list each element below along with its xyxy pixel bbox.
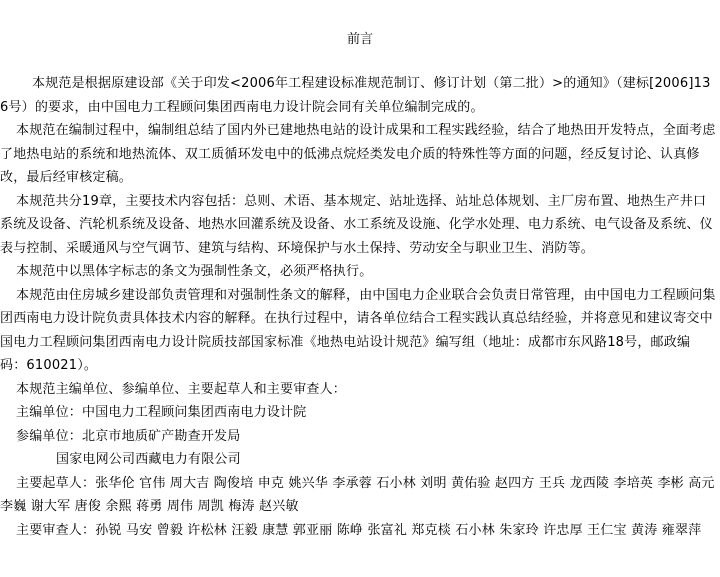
chief-editor-unit: 主编单位：中国电力工程顾问集团西南电力设计院	[0, 401, 716, 425]
participating-units-label: 参编单位：	[16, 429, 82, 444]
document-body: 本规范是根据原建设部《关于印发<2006年工程建设标准规范制订、修订计划（第二批…	[0, 72, 716, 542]
chief-editor-unit-label: 主编单位：	[16, 405, 82, 420]
document-page: 前言 本规范是根据原建设部《关于印发<2006年工程建设标准规范制订、修订计划（…	[0, 0, 720, 577]
paragraph-basis: 本规范是根据原建设部《关于印发<2006年工程建设标准规范制订、修订计划（第二批…	[0, 72, 716, 119]
participating-unit-2-line: 国家电网公司西藏电力有限公司	[0, 448, 716, 472]
paragraph-mandatory-clauses: 本规范中以黑体字标志的条文为强制性条文，必须严格执行。	[0, 260, 716, 284]
main-reviewers: 主要审查人：孙锐 马安 曾毅 许松林 汪毅 康慧 郭亚丽 陈峥 张富礼 郑克棪 …	[0, 519, 716, 543]
chief-editor-unit-value: 中国电力工程顾问集团西南电力设计院	[82, 405, 306, 420]
main-drafters-label: 主要起草人：	[16, 476, 95, 491]
main-reviewers-names: 孙锐 马安 曾毅 许松林 汪毅 康慧 郭亚丽 陈峥 张富礼 郑克棪 石小林 朱家…	[95, 523, 701, 538]
document-title: 前言	[0, 31, 720, 49]
participating-unit-1: 北京市地质矿产勘查开发局	[82, 429, 240, 444]
participating-unit-2: 国家电网公司西藏电力有限公司	[56, 452, 241, 467]
main-drafters: 主要起草人：张华伦 官伟 周大吉 陶俊培 申克 姚兴华 李承蓉 石小林 刘明 黄…	[0, 472, 716, 519]
paragraph-chapters: 本规范共分19章，主要技术内容包括：总则、术语、基本规定、站址选择、站址总体规划…	[0, 190, 716, 261]
main-drafters-names: 张华伦 官伟 周大吉 陶俊培 申克 姚兴华 李承蓉 石小林 刘明 黄佑验 赵四方…	[0, 476, 715, 515]
main-reviewers-label: 主要审查人：	[16, 523, 95, 538]
paragraph-contributors-intro: 本规范主编单位、参编单位、主要起草人和主要审查人：	[0, 378, 716, 402]
paragraph-compilation: 本规范在编制过程中，编制组总结了国内外已建地热电站的设计成果和工程实践经验，结合…	[0, 119, 716, 190]
paragraph-management: 本规范由住房城乡建设部负责管理和对强制性条文的解释，由中国电力企业联合会负责日常…	[0, 284, 716, 378]
participating-units: 参编单位：北京市地质矿产勘查开发局	[0, 425, 716, 449]
